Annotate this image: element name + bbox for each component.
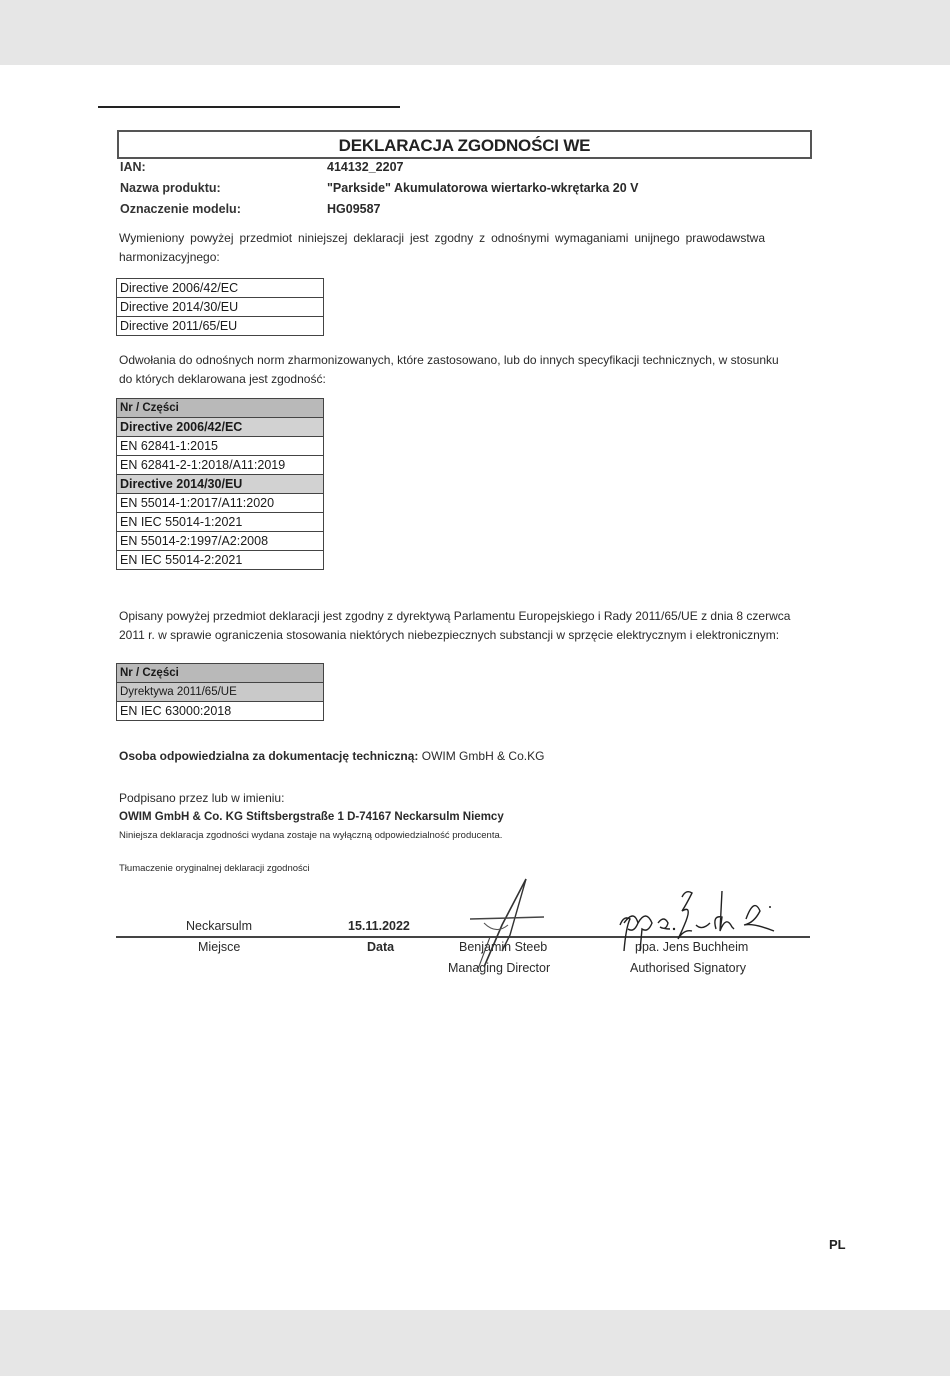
signed-by-label: Podpisano przez lub w imieniu: [119,789,794,808]
field-label: Nazwa produktu: [120,181,320,195]
table-row: EN IEC 63000:2018 [117,702,324,721]
field-value: 414132_2207 [327,160,403,174]
directive-cell: Directive 2006/42/EC [117,418,324,437]
directive-cell: Directive 2014/30/EU [117,475,324,494]
table-row: Directive 2006/42/EC [117,279,324,298]
table-header-row: Nr / Części [117,399,324,418]
table-row: Directive 2011/65/EU [117,317,324,336]
rohs-paragraph: Opisany powyżej przedmiot deklaracji jes… [119,607,799,645]
table-group-row: Directive 2006/42/EC [117,418,324,437]
directives-table: Directive 2006/42/EC Directive 2014/30/E… [116,278,324,336]
standards-table: Nr / Części Directive 2006/42/EC EN 6284… [116,398,324,570]
signature-date: 15.11.2022 [348,919,410,933]
standard-cell: EN IEC 55014-2:2021 [117,551,324,570]
table-row: EN IEC 55014-1:2021 [117,513,324,532]
table-row: EN 55014-2:1997/A2:2008 [117,532,324,551]
responsible-label: Osoba odpowiedzialna za dokumentację tec… [119,749,418,763]
standards-paragraph: Odwołania do odnośnych norm zharmonizowa… [119,351,789,389]
standard-cell: EN 55014-2:1997/A2:2008 [117,532,324,551]
field-label: Oznaczenie modelu: [120,202,320,216]
intro-paragraph: Wymieniony powyżej przedmiot niniejszej … [119,229,765,267]
field-label: IAN: [120,160,320,174]
header-rule [98,106,400,108]
document-title: DEKLARACJA ZGODNOŚCI WE [117,130,812,159]
responsibility-note: Niniejsza deklaracja zgodności wydana zo… [119,826,794,845]
standard-cell: EN IEC 55014-1:2021 [117,513,324,532]
directive-cell: Directive 2006/42/EC [117,279,324,298]
top-margin-band [0,0,950,65]
standard-cell: EN IEC 63000:2018 [117,702,324,721]
field-value: HG09587 [327,202,381,216]
table-row: EN IEC 55014-2:2021 [117,551,324,570]
table-header-row: Nr / Części [117,664,324,683]
table-row: EN 62841-2-1:2018/A11:2019 [117,456,324,475]
responsible-person: Osoba odpowiedzialna za dokumentację tec… [119,747,794,766]
language-code-label: PL [829,1237,846,1252]
signature-jens-buchheim [610,885,790,955]
directive-cell: Directive 2014/30/EU [117,298,324,317]
table-row: Directive 2014/30/EU [117,298,324,317]
company-address: OWIM GmbH & Co. KG Stiftsbergstraße 1 D-… [119,808,794,827]
responsible-value: OWIM GmbH & Co.KG [422,749,545,763]
header-cell: Nr / Części [117,664,324,683]
standard-cell: EN 62841-1:2015 [117,437,324,456]
table-group-row: Directive 2014/30/EU [117,475,324,494]
standard-cell: EN 62841-2-1:2018/A11:2019 [117,456,324,475]
date-label: Data [367,940,394,954]
directive-cell: Directive 2011/65/EU [117,317,324,336]
signer2-title: Authorised Signatory [630,961,746,975]
field-value: "Parkside" Akumulatorowa wiertarko-wkręt… [327,181,639,195]
signature-benjamin-steeb [440,875,560,975]
bottom-margin-band [0,1310,950,1376]
table-group-row: Dyrektywa 2011/65/UE [117,683,324,702]
standard-cell: EN 55014-1:2017/A11:2020 [117,494,324,513]
table-row: EN 55014-1:2017/A11:2020 [117,494,324,513]
directive-cell: Dyrektywa 2011/65/UE [117,683,324,702]
place-label: Miejsce [198,940,240,954]
signature-place: Neckarsulm [186,919,252,933]
table-row: EN 62841-1:2015 [117,437,324,456]
rohs-table: Nr / Części Dyrektywa 2011/65/UE EN IEC … [116,663,324,721]
header-cell: Nr / Części [117,399,324,418]
